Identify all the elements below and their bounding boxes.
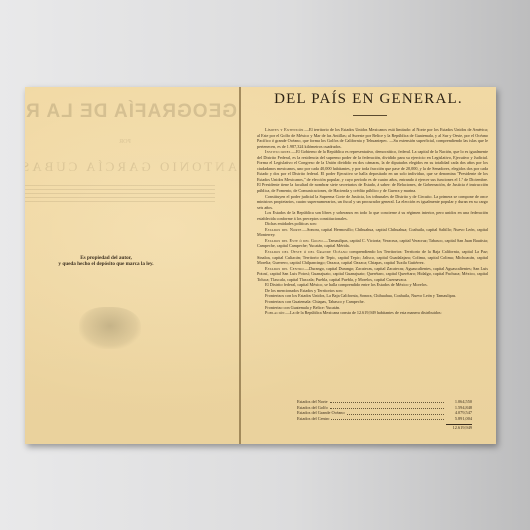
- paragraph-text: De los mencionados Estados y Territorios…: [265, 288, 343, 293]
- paragraph-text: Fronterizos con Guatemala: Chiapas, Taba…: [265, 299, 365, 304]
- paragraph-lead: Estados del Norte.: [265, 227, 303, 232]
- paragraph-text: —El Gobierno de la República es represen…: [257, 149, 488, 193]
- population-table: Estados del Norte1.064,550Estados del Go…: [297, 399, 472, 431]
- paragraph: Instituciones.—El Gobierno de la Repúbli…: [257, 149, 488, 193]
- paragraph: Población.—La de la República Mexicana c…: [257, 310, 488, 316]
- region-name: Estados del Centro: [297, 416, 329, 422]
- leader-dots: [330, 405, 444, 409]
- paragraph-lead: Estados del Este ó del Golfo.: [265, 238, 324, 243]
- paragraph: Los Estados de la República son libres y…: [257, 210, 488, 221]
- population-total: 12.619,949: [297, 425, 472, 431]
- paragraph: Límites y Extensión.—El territorio de lo…: [257, 127, 488, 149]
- body-text: Límites y Extensión.—El territorio de lo…: [257, 127, 488, 316]
- paragraph-text: Fronterizo con Guatemala y Belice: Yucat…: [265, 305, 340, 310]
- vignette-image: [79, 307, 141, 349]
- bleed-through-author: ANTONIO GARCÍA CUBAS: [25, 159, 237, 175]
- leader-dots: [330, 399, 444, 403]
- population-row: Estados del Centro5.891,004: [297, 416, 472, 422]
- population-value: 5.891,004: [446, 416, 472, 422]
- paragraph-text: El Distrito federal, capital México, se …: [265, 282, 428, 287]
- bleed-through-subtitle: POR: [85, 139, 165, 145]
- paragraph-lead: Población.: [265, 310, 286, 315]
- heading-rule: [353, 115, 387, 116]
- paragraph-lead: Estados del Oeste ó del Grande Océano: [265, 249, 348, 254]
- paragraph: Estados del Centro.—Durango, capital Dur…: [257, 266, 488, 283]
- paragraph: Constituyen el poder judicial la Suprema…: [257, 194, 488, 211]
- paragraph-text: Los Estados de la República son libres y…: [257, 210, 488, 221]
- paragraph-lead: Límites y Extensión.: [265, 127, 305, 132]
- paragraph: Estados del Norte.—Sonora, capital Hermo…: [257, 227, 488, 238]
- paragraph-text: Constituyen el poder judicial la Suprema…: [257, 194, 488, 210]
- paragraph: Estados del Este ó del Golfo.—Tamaulipas…: [257, 238, 488, 249]
- copyright-line: y queda hecho el depósito que marca la l…: [31, 261, 181, 267]
- left-page: GEOGRAFÍA DE LA REPÚBLICA ME POR ANTONIO…: [25, 87, 239, 444]
- paragraph-text: Fronterizos con los Estados Unidos, La B…: [265, 293, 456, 298]
- copyright-notice: Es propiedad del autor, y queda hecho el…: [31, 255, 181, 268]
- bleed-through-title: GEOGRAFÍA DE LA REPÚBLICA ME: [27, 101, 237, 123]
- paragraph-lead: Estados del Centro.: [265, 266, 305, 271]
- paragraph: Estados del Oeste ó del Grande Océano co…: [257, 249, 488, 266]
- bleed-through-lines: [25, 185, 215, 205]
- page-heading: DEL PAÍS EN GENERAL.: [241, 91, 496, 108]
- total-rule: [446, 424, 472, 425]
- leader-dots: [331, 416, 444, 420]
- poster: GEOGRAFÍA DE LA REPÚBLICA ME POR ANTONIO…: [25, 87, 496, 444]
- paragraph-lead: Instituciones.: [265, 149, 292, 154]
- leader-dots: [347, 410, 444, 414]
- right-page: DEL PAÍS EN GENERAL. Límites y Extensión…: [241, 87, 496, 444]
- paragraph-text: —La de la República Mexicana consta de 1…: [286, 310, 442, 315]
- paragraph-text: Dichas entidades políticas son:: [265, 221, 317, 226]
